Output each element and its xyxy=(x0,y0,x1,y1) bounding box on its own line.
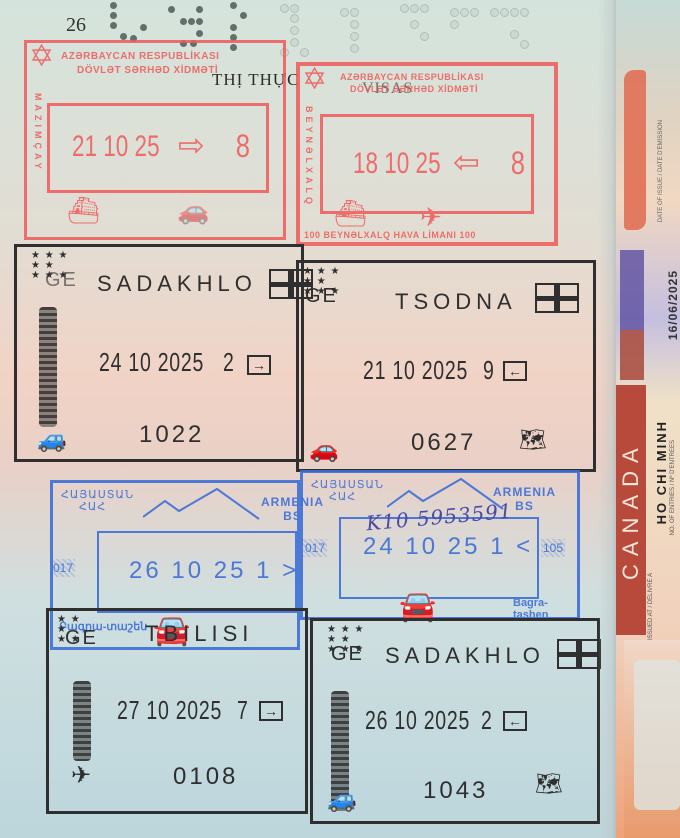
stamp-side-code: 017 xyxy=(51,559,75,577)
georgia-map-icon: 🗺 xyxy=(519,427,547,453)
officer-number: 9 xyxy=(483,355,495,386)
stamp-serial: 0627 xyxy=(411,429,476,457)
officer-number: 2 xyxy=(223,347,235,378)
exit-arrow-icon: ⇨ xyxy=(178,126,205,164)
border-post-name: SADAKHLO xyxy=(97,271,257,297)
airplane-icon: ✈ xyxy=(420,202,442,233)
visa-color-band xyxy=(620,250,644,330)
georgia-map-icon: 🗺 xyxy=(535,771,563,797)
airplane-icon: ✈ xyxy=(71,761,91,790)
country-code: GE xyxy=(45,269,78,292)
armenian-header: ՀԱՅԱՍՏԱՆՀԱՀ xyxy=(61,489,134,513)
azerbaijan-exit-stamp: ✡ AZƏRBAYCAN RESPUBLİKASI DÖVLƏT SƏRHƏD … xyxy=(24,40,286,240)
car-icon: 🚗 xyxy=(177,195,209,226)
stamp-date: 26 10 2025 xyxy=(365,705,470,736)
page-number: 26 xyxy=(66,14,86,37)
border-post-name: SADAKHLO xyxy=(385,643,545,669)
visa-photo xyxy=(634,660,680,810)
georgian-flag-icon xyxy=(557,639,601,669)
maple-leaf-icon xyxy=(624,70,646,230)
azerbaijan-entry-stamp: ✡ AZƏRBAYCAN RESPUBLİKASI DÖVLƏT SƏRHƏD … xyxy=(296,62,558,246)
star-emblem-icon: ✡ xyxy=(302,62,327,97)
stamp-header: AZƏRBAYCAN RESPUBLİKASI xyxy=(340,72,484,82)
georgia-sadakhlo-exit-stamp: ★ ★ ★★ ★★ ★ ★ GE SADAKHLO 24 10 2025 2 →… xyxy=(14,244,304,462)
stamp-date: 26 10 25 1 > xyxy=(129,557,299,585)
officer-number: 7 xyxy=(237,695,249,726)
country-code: GE xyxy=(331,643,364,666)
country-code: GE xyxy=(305,285,338,308)
car-icon: 🚗 xyxy=(309,435,339,464)
exit-arrow-icon: → xyxy=(259,701,283,721)
entry-arrow-icon: ← xyxy=(503,711,527,731)
entries-label: NO. OF ENTRIES / Nº D'ENTRÉES xyxy=(670,440,676,535)
stamp-side-text: BEYNƏLXALQ xyxy=(304,106,314,208)
stamp-date: 24 10 2025 xyxy=(99,347,204,378)
border-post-name: TBILISI xyxy=(145,621,253,647)
entry-arrow-icon: ⇦ xyxy=(453,143,480,181)
mount-ararat-icon xyxy=(143,487,263,521)
stamp-subheader: DÖVLƏT SƏRHƏD XİDMƏTİ xyxy=(77,65,218,76)
stamp-date: 18 10 25 xyxy=(353,147,441,181)
passport-page: 26 THỊ THỰC VISAS ✡ AZƏRBAYCAN RESPUBLİK… xyxy=(0,0,612,838)
star-emblem-icon: ✡ xyxy=(29,39,54,74)
issue-date-label: DATE OF ISSUE / DATE D'ÉMISSION xyxy=(658,120,664,222)
stamp-serial: 1043 xyxy=(423,777,488,805)
officer-number: 2 xyxy=(481,705,493,736)
armenia-entry-stamp: ՀԱՅԱՍՏԱՆՀԱՀ ARMENIABS 017 105 24 10 25 1… xyxy=(300,470,580,620)
stamp-date: 21 10 25 xyxy=(72,130,160,164)
stamp-serial: 0108 xyxy=(173,763,238,791)
issued-at: HO CHI MINH xyxy=(654,420,669,524)
post-number: 8 xyxy=(236,128,250,165)
stamp-side-text: MAZIMÇAY xyxy=(33,93,43,173)
tower-icon xyxy=(39,307,57,427)
canada-label: CANADA xyxy=(616,385,646,635)
tower-icon xyxy=(73,681,91,761)
georgian-flag-icon xyxy=(535,283,579,313)
ship-icon: ⛴ xyxy=(67,195,100,226)
georgia-tbilisi-stamp: ★ ★★★ ★ GE TBILISI 27 10 2025 7 → 0108 ✈ xyxy=(46,608,308,814)
exit-arrow-icon: → xyxy=(247,355,271,375)
entry-arrow-icon: ← xyxy=(503,361,527,381)
car-icon: 🚙 xyxy=(327,785,357,814)
stamp-subheader: DÖVLƏT SƏRHƏD XİDMƏTİ xyxy=(350,84,478,94)
ship-icon: ⛴ xyxy=(334,198,367,229)
issue-date: 16/06/2025 xyxy=(666,270,680,340)
georgia-sadakhlo-entry-stamp: ★ ★ ★★ ★★ ★ ★ GE SADAKHLO 26 10 2025 2 ←… xyxy=(310,618,600,824)
visa-color-band xyxy=(620,330,644,380)
stamp-date: 21 10 2025 xyxy=(363,355,468,386)
stamp-serial: 1022 xyxy=(139,421,204,449)
border-post-name: TSODNA xyxy=(395,289,517,315)
car-icon: 🚙 xyxy=(37,425,67,454)
stamp-date: 24 10 25 1 < xyxy=(363,533,533,561)
post-number: 8 xyxy=(511,145,525,182)
country-code: GE xyxy=(65,627,98,650)
armenian-header: ՀԱՅԱՍՏԱՆՀԱՀ xyxy=(311,479,384,503)
stamp-footer: 100 BEYNƏLXALQ HAVA LİMANI 100 xyxy=(304,230,476,240)
georgia-tsodna-entry-stamp: ★ ★ ★★ ★★ ★ ★ GE TSODNA 21 10 2025 9 ← 0… xyxy=(296,260,596,472)
stamp-side-code: 105 xyxy=(541,539,565,557)
stamp-header: AZƏRBAYCAN RESPUBLİKASI xyxy=(61,51,219,62)
stamp-side-code: 017 xyxy=(303,539,327,557)
canada-visa-edge: DATE OF ISSUE / DATE D'ÉMISSION 16/06/20… xyxy=(616,0,680,838)
stamp-date: 27 10 2025 xyxy=(117,695,222,726)
